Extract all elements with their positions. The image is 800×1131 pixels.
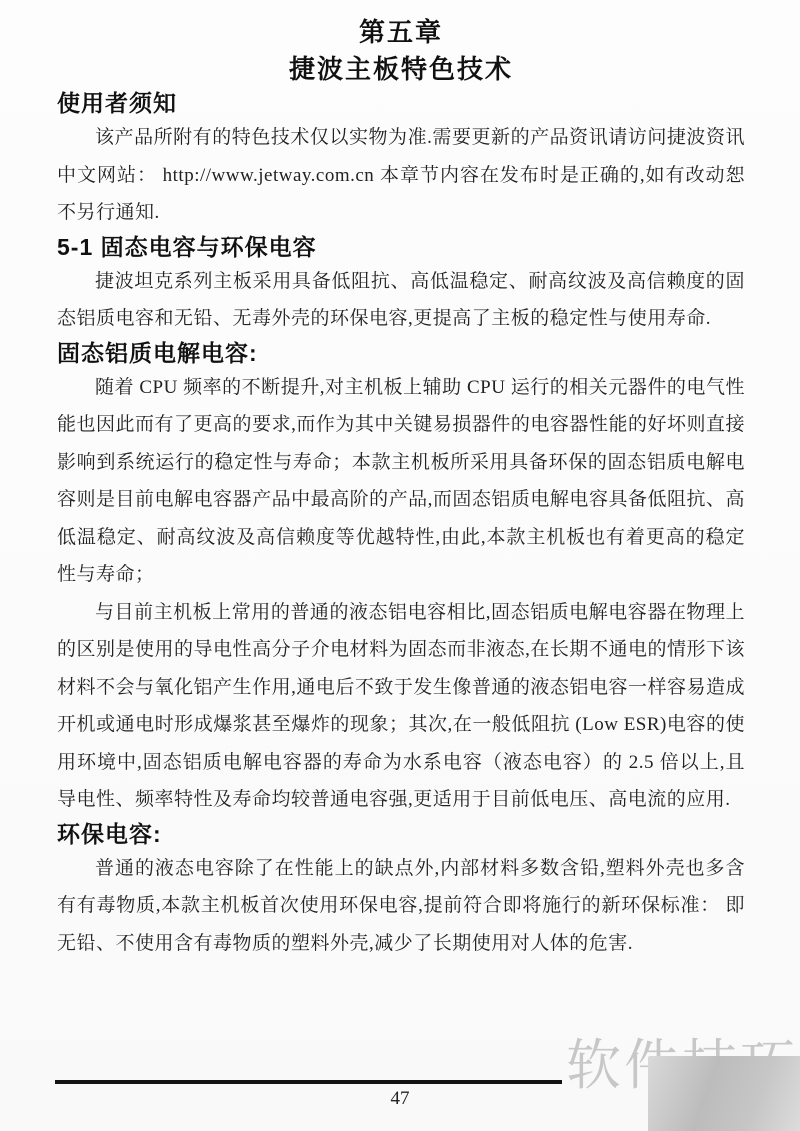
chapter-title: 捷波主板特色技术	[57, 51, 745, 88]
section-heading-5-1: 5-1 固态电容与环保电容	[57, 232, 745, 263]
section-heading-user-notice: 使用者须知	[57, 88, 745, 119]
section-heading-green-capacitor: 环保电容:	[57, 819, 745, 850]
section-heading-solid-capacitor: 固态铝质电解电容:	[57, 338, 745, 369]
chapter-number: 第五章	[57, 14, 745, 51]
paragraph-green-capacitor: 普通的液态电容除了在性能上的缺点外,内部材料多数含铅,塑料外壳也多含有有毒物质,…	[57, 850, 745, 963]
manual-page: 第五章 捷波主板特色技术 使用者须知 该产品所附有的特色技术仅以实物为准.需要更…	[0, 0, 800, 1131]
footer-rule	[55, 1080, 562, 1084]
paragraph-5-1-intro: 捷波坦克系列主板采用具备低阻抗、高低温稳定、耐高纹波及高信赖度的固态铝质电容和无…	[57, 263, 745, 338]
paragraph-user-notice: 该产品所附有的特色技术仅以实物为准.需要更新的产品资讯请访问捷波资讯中文网站： …	[57, 119, 745, 232]
page-number: 47	[0, 1088, 800, 1110]
page-content: 第五章 捷波主板特色技术 使用者须知 该产品所附有的特色技术仅以实物为准.需要更…	[57, 14, 745, 962]
paragraph-solid-capacitor-2: 与目前主机板上常用的普通的液态铝电容相比,固态铝质电解电容器在物理上的区别是使用…	[57, 594, 745, 819]
paragraph-solid-capacitor-1: 随着 CPU 频率的不断提升,对主机板上辅助 CPU 运行的相关元器件的电气性能…	[57, 369, 745, 594]
